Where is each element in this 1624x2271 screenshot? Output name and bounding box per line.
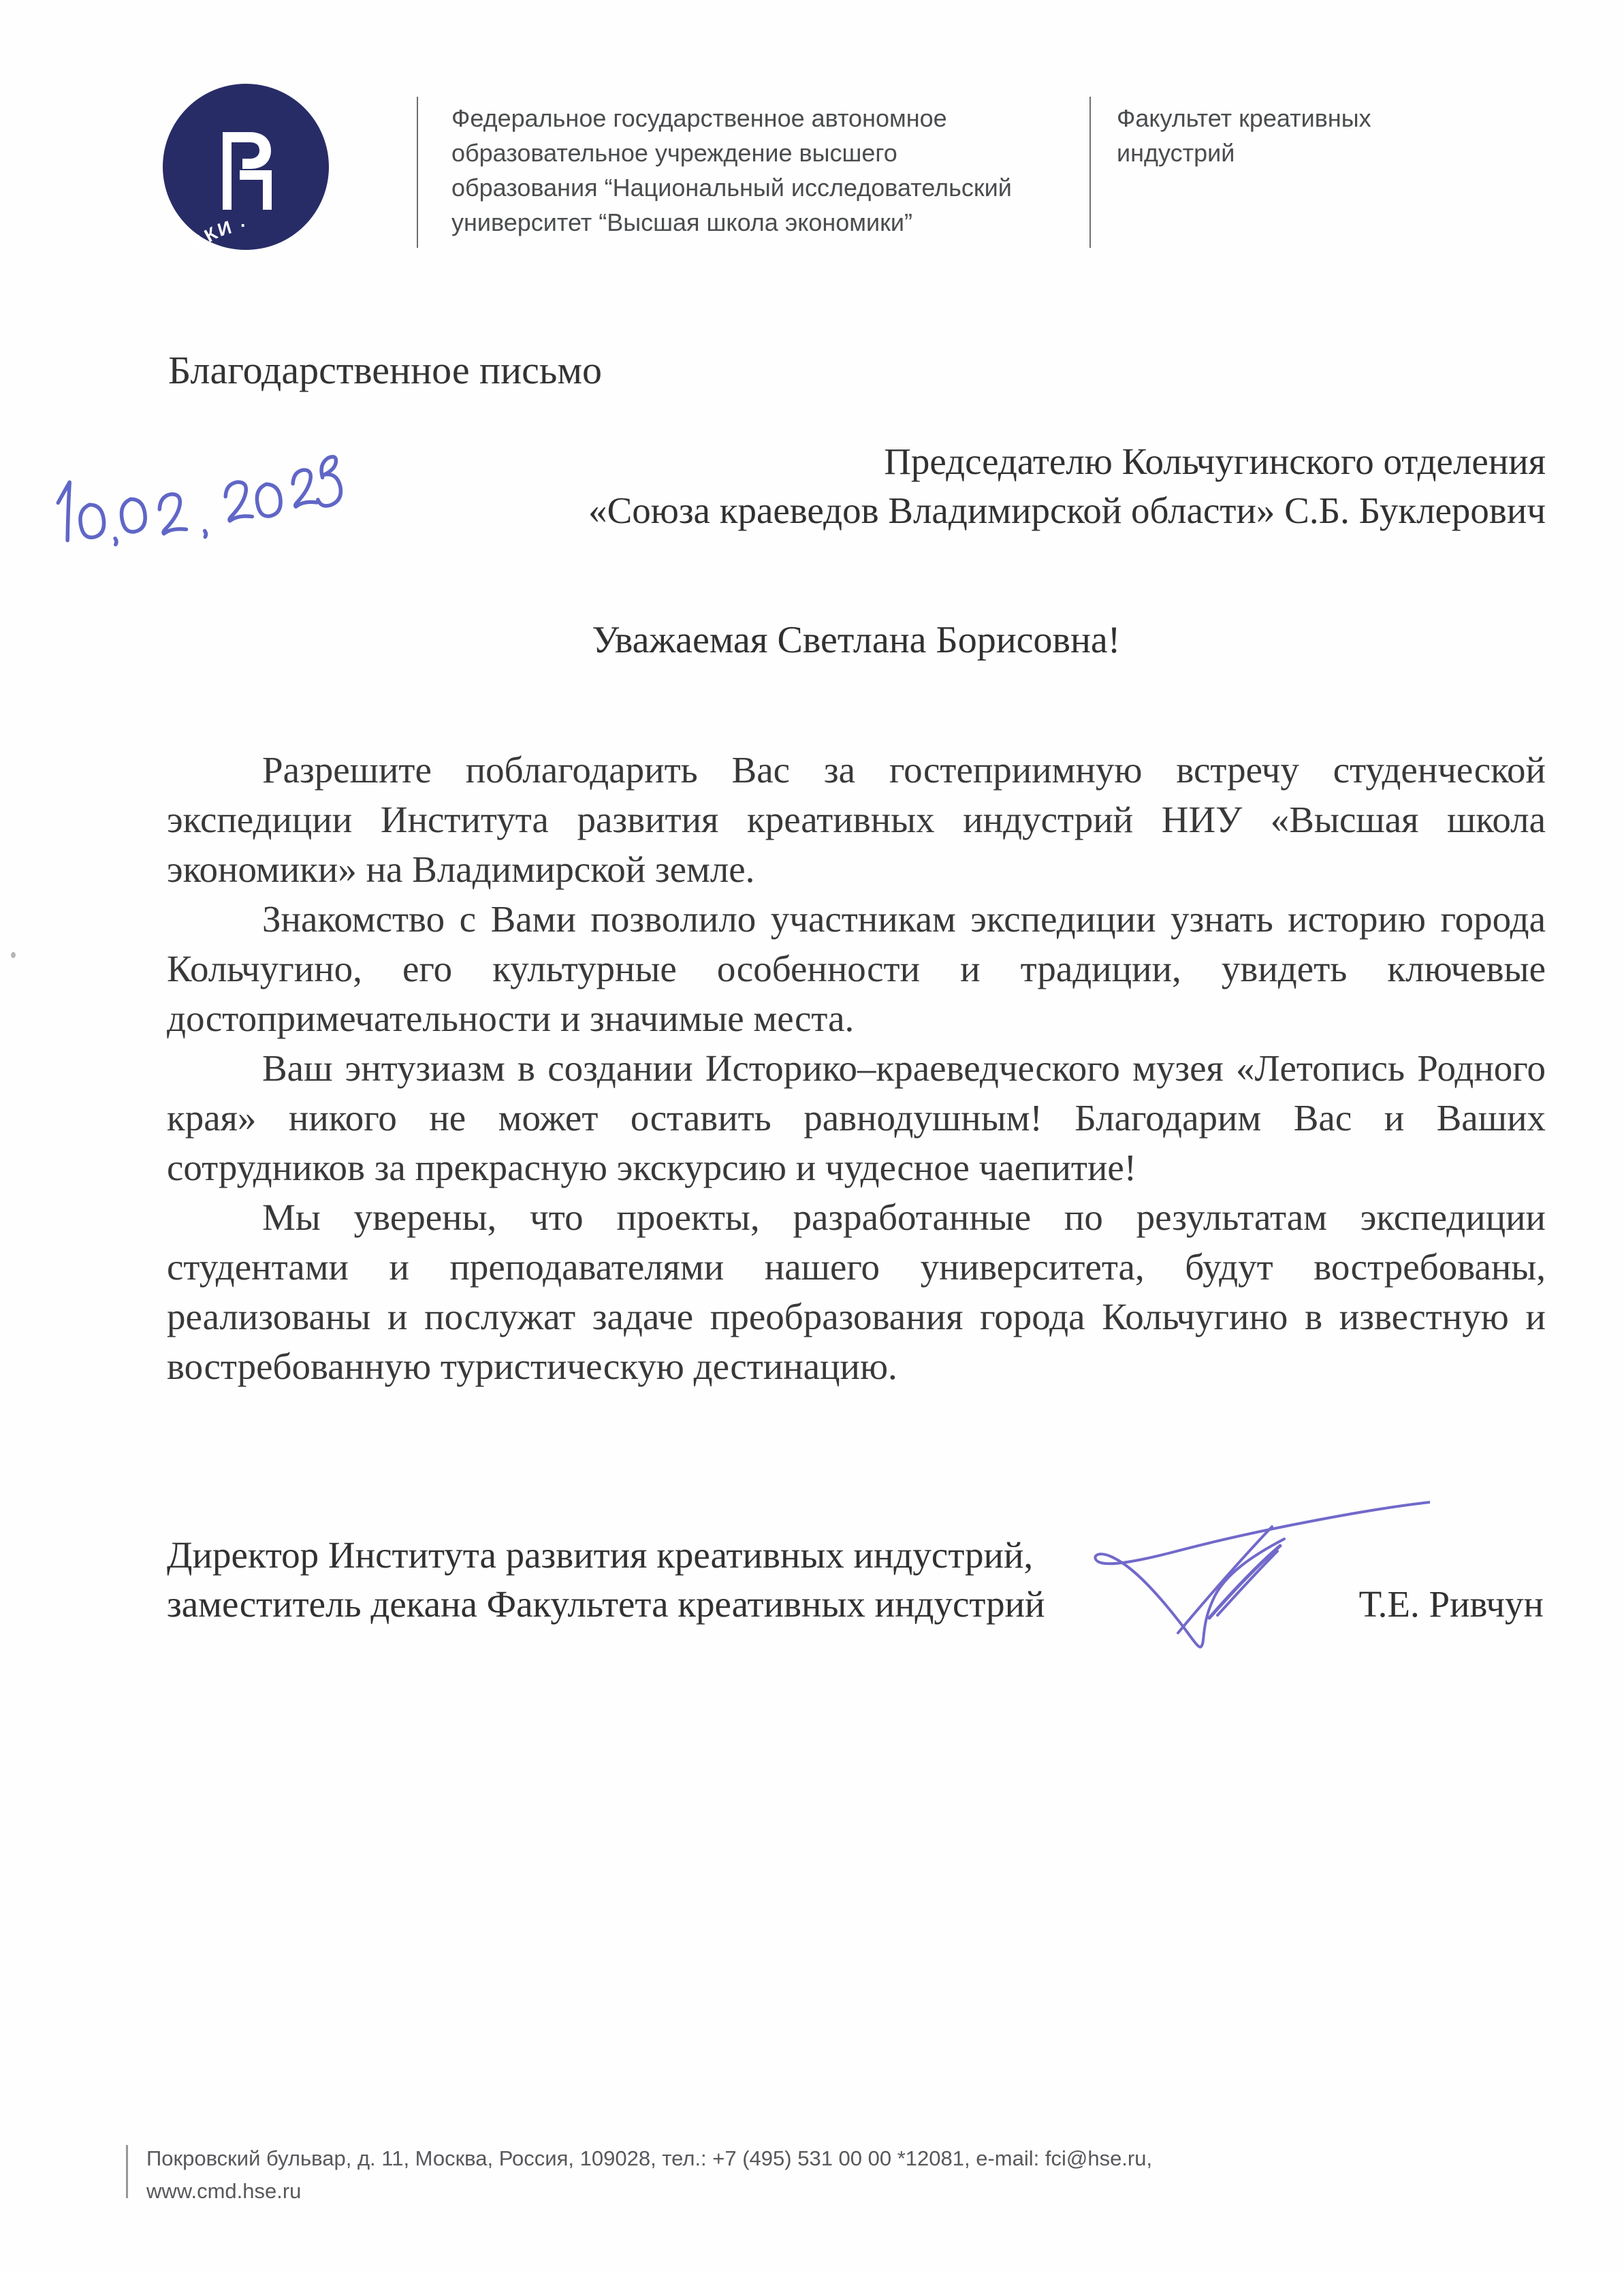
- handwritten-date: 10.02.2025: [46, 447, 352, 563]
- org-line: университет “Высшая школа экономики”: [451, 205, 1092, 240]
- document-title: Благодарственное письмо: [168, 349, 602, 392]
- header-divider-right: [1089, 97, 1091, 248]
- org-line: Федеральное государственное автономное: [451, 101, 1092, 136]
- paragraph: Знакомство с Вами позволило участникам э…: [167, 894, 1546, 1043]
- signoff-block: Директор Института развития креативных и…: [167, 1531, 1045, 1629]
- hse-logo: ВЫСШАЯ · ШКОЛА · ЭКОНОМИКИ ·: [163, 84, 329, 250]
- salutation: Уважаемая Светлана Борисовна!: [167, 618, 1546, 662]
- org-line: образовательное учреждение высшего: [451, 136, 1092, 170]
- addressee-block: Председателю Кольчугинского отделения «С…: [588, 437, 1546, 535]
- address-phone-email-line: Покровский бульвар, д. 11, Москва, Росси…: [146, 2142, 1440, 2175]
- paragraph: Мы уверены, что проекты, разработанные п…: [167, 1192, 1546, 1391]
- signoff-line: заместитель декана Факультета креативных…: [167, 1580, 1045, 1629]
- contact-info: Покровский бульвар, д. 11, Москва, Росси…: [146, 2142, 1440, 2208]
- scanned-letter-page: ВЫСШАЯ · ШКОЛА · ЭКОНОМИКИ · Федеральное…: [0, 0, 1624, 2271]
- university-name-block: Федеральное государственное автономное о…: [451, 101, 1092, 240]
- header-divider-left: [417, 97, 418, 248]
- org-line: образования “Национальный исследовательс…: [451, 170, 1092, 205]
- faculty-line: индустрий: [1117, 136, 1471, 170]
- paragraph: Ваш энтузиазм в создании Историко–краеве…: [167, 1043, 1546, 1192]
- letter-body: Разрешите поблагодарить Вас за гостеприи…: [167, 745, 1546, 1391]
- faculty-line: Факультет креативных: [1117, 101, 1471, 136]
- faculty-name-block: Факультет креативных индустрий: [1117, 101, 1471, 170]
- paragraph: Разрешите поблагодарить Вас за гостеприи…: [167, 745, 1546, 894]
- addressee-line: Председателю Кольчугинского отделения: [588, 437, 1546, 486]
- signoff-line: Директор Института развития креативных и…: [167, 1531, 1045, 1580]
- footer-divider: [126, 2145, 128, 2198]
- website-line: www.cmd.hse.ru: [146, 2175, 1440, 2208]
- signer-name: Т.Е. Ривчун: [1359, 1580, 1544, 1629]
- scan-artifact: [11, 952, 16, 958]
- addressee-line: «Союза краеведов Владимирской области» С…: [588, 486, 1546, 535]
